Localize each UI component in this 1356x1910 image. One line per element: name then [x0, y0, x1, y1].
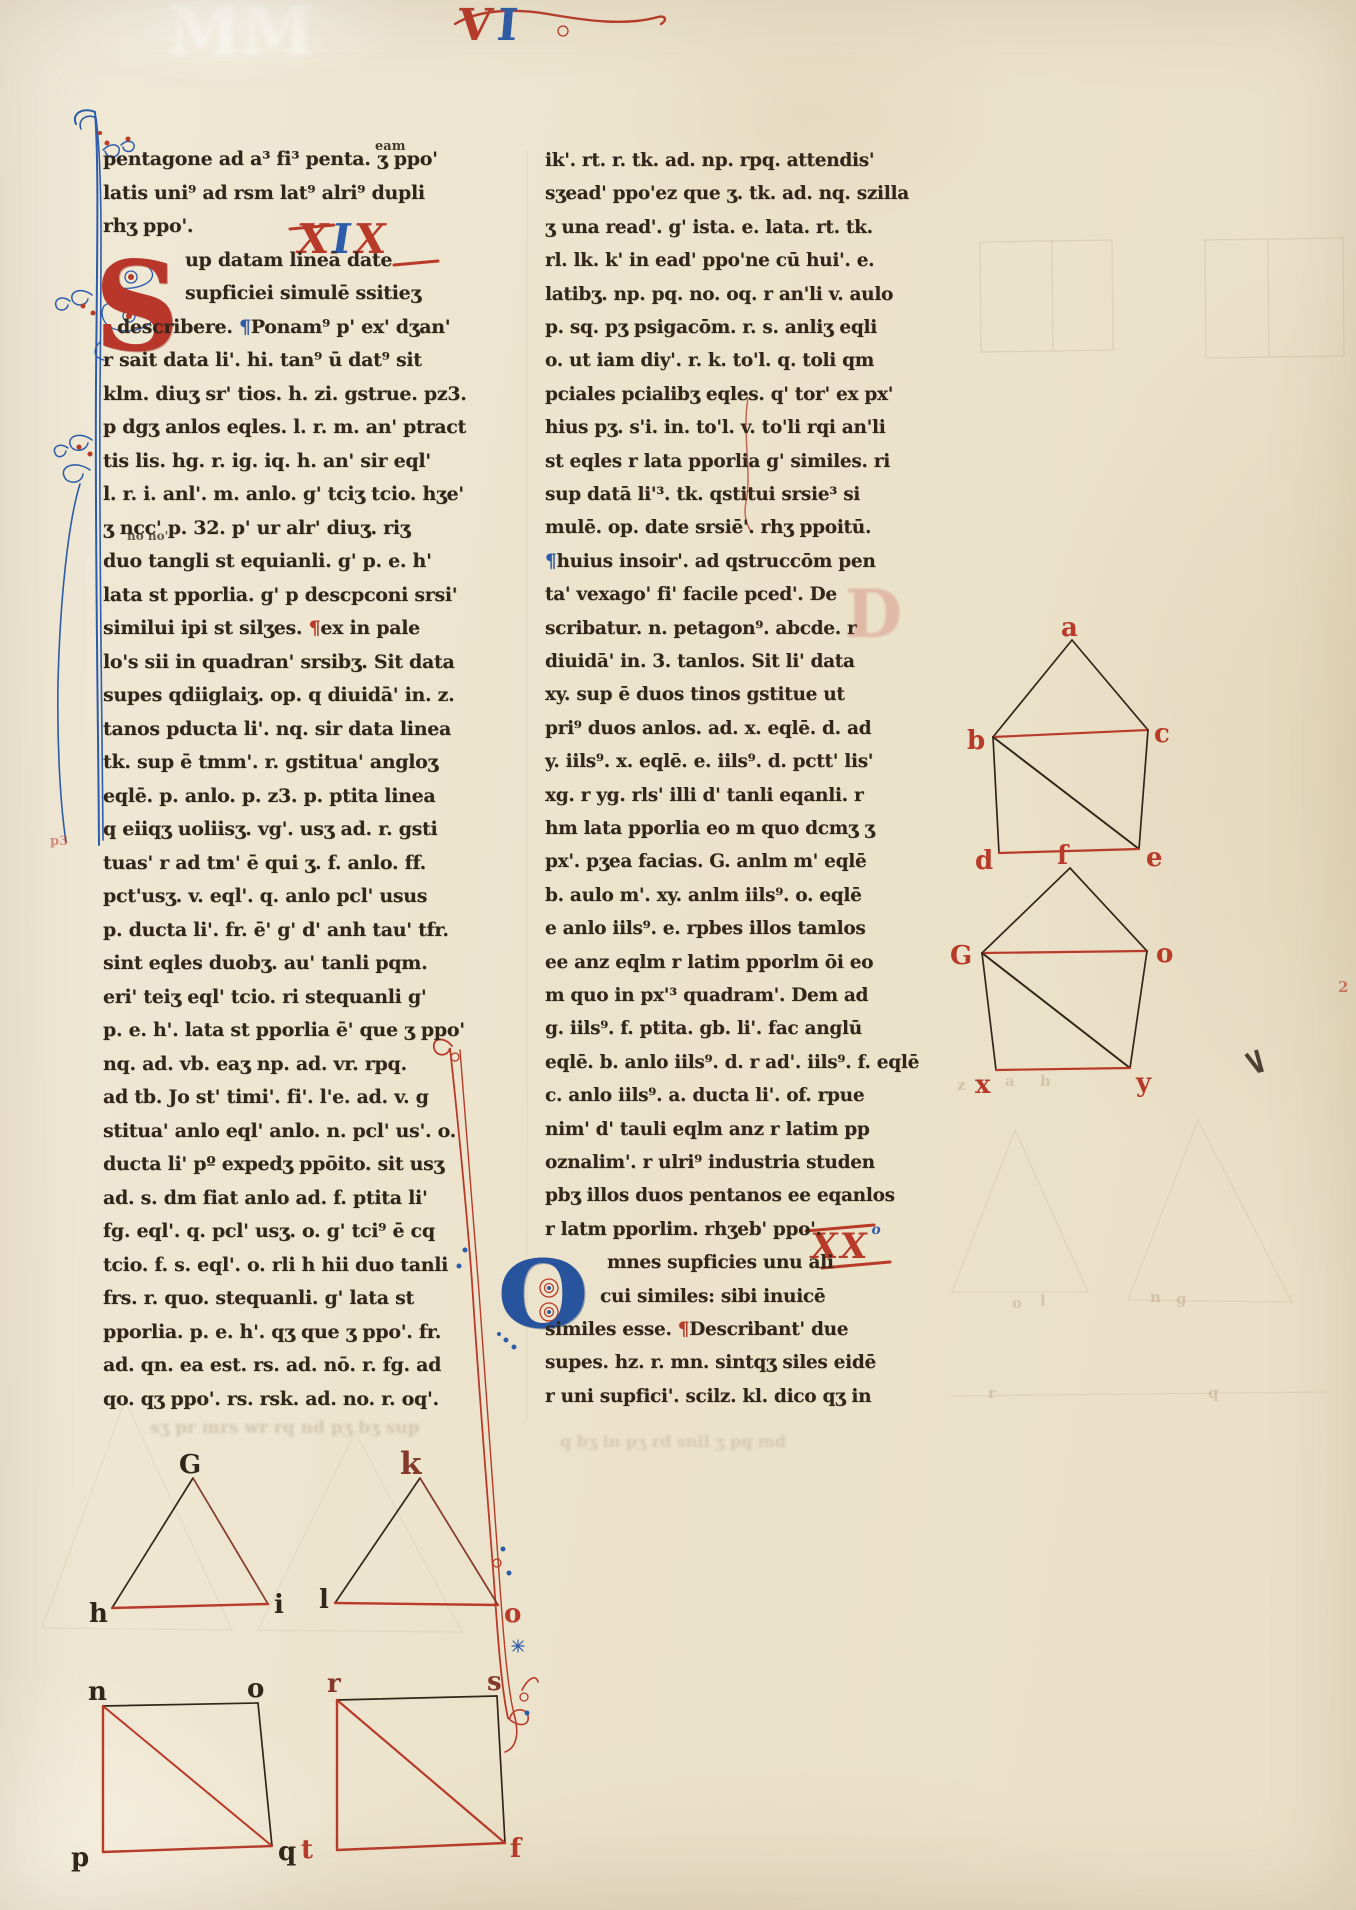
manuscript-line: xg. r yg. rls' illi d' tanli eqanli. r: [545, 785, 863, 806]
manuscript-line: pbʒ illos duos pentanos ee eqanlos: [545, 1185, 895, 1206]
flourish-dot: [507, 1571, 512, 1576]
manuscript-line: c. anlo iils⁹. a. ducta li'. of. rpue: [545, 1085, 864, 1106]
pentagon-fgoxy-label-o: o: [1156, 939, 1173, 969]
pentagon-abcde-edge: [993, 737, 1139, 849]
pentagon-abcde-edge: [1072, 640, 1148, 730]
manuscript-line: hm lata pporlia eo m quo dcmʒ ʒ: [545, 818, 875, 839]
manuscript-line: p dgʒ anlos eqles. l. r. m. an' ptract: [103, 416, 466, 438]
manuscript-line: eri' teiʒ eql' tcio. ri stequanli g': [103, 986, 426, 1008]
triangle-ghi-edge: [112, 1604, 268, 1608]
chapter19-bar: [394, 261, 438, 265]
flourish-dot: [463, 1248, 468, 1253]
pentagon-fgoxy-edge: [982, 953, 1130, 1068]
manuscript-line: b. aulo m'. xy. anlm iils⁹. o. eqlē: [545, 885, 862, 906]
left-flourish: [54, 445, 68, 456]
book-numeral-i: I: [495, 0, 525, 51]
manuscript-line: supes qdiiglaiʒ. op. q diuidā' in. z.: [103, 684, 454, 706]
pentagon-abcde-edge: [993, 640, 1072, 737]
pentagon-abcde-label-d: d: [975, 846, 993, 876]
manuscript-line: describere. ¶Ponam⁹ p' ex' dʒan': [117, 316, 450, 338]
manuscript-line: latibʒ. np. pq. no. oq. r an'li v. aulo: [545, 284, 893, 305]
pen-flourishes: [54, 11, 890, 1752]
manuscript-line: mnes supficies unu ali: [607, 1252, 834, 1273]
manuscript-line: nim' d' tauli eqlm anz r latim pp: [545, 1119, 870, 1140]
pentagon-abcde-label-c: c: [1154, 719, 1170, 749]
manuscript-line: pciales pcialibʒ eqles. q' tor' ex px': [545, 384, 893, 405]
flourish-dot: [126, 137, 131, 142]
pentagon-fgoxy-edge: [1130, 951, 1147, 1068]
triangle-klo-edge: [335, 1478, 420, 1603]
manuscript-line: supficiei simulē ssitieʒ: [185, 282, 421, 304]
manuscript-line: p. ducta li'. fr. ē' g' d' anh tau' tfr.: [103, 919, 449, 941]
manuscript-line: pct'usʒ. v. eql'. q. anlo pcl' usus: [103, 885, 427, 907]
manuscript-line: ad tb. Jo st' timi'. fi'. l'e. ad. v. g: [103, 1086, 429, 1108]
manuscript-line: similes esse. ¶Describant' due: [545, 1319, 848, 1340]
manuscript-line: ducta li' pº expedʒ ppōito. sit usʒ: [103, 1153, 444, 1175]
flourish-dot: [105, 141, 110, 146]
manuscript-line: g. iils⁹. f. ptita. gb. li'. fac anglū: [545, 1018, 862, 1039]
manuscript-line: sint eqles duobʒ. au' tanli pqm.: [103, 952, 427, 974]
manuscript-line: similui ipi st silʒes. ¶ex in pale: [103, 617, 420, 639]
square-rstf-edge: [337, 1696, 497, 1700]
pentagon-fgoxy-label-y: y: [1135, 1068, 1152, 1098]
manuscript-line: pri⁹ duos anlos. ad. x. eqlē. d. ad: [545, 718, 871, 739]
pentagon-abcde: abcde: [967, 613, 1170, 876]
square-nopq-edge: [258, 1703, 272, 1846]
triangle-ghi: Ghi: [89, 1450, 284, 1629]
manuscript-line: oznalim'. r ulri⁹ industria studen: [545, 1152, 875, 1173]
svg-text:r: r: [988, 1384, 997, 1402]
flourish-dot: [81, 304, 86, 309]
square-rstf-label-r: r: [327, 1669, 341, 1699]
manuscript-line: ik'. rt. r. tk. ad. np. rpq. attendis': [545, 150, 874, 171]
pentagon-fgoxy: fGoxy: [950, 841, 1173, 1100]
triangle-ghi-label-i: i: [274, 1590, 284, 1620]
center-flourish-star: [512, 1640, 524, 1652]
manuscript-line: tis lis. hg. r. ig. iq. h. an' sir eql': [103, 450, 431, 472]
triangle-ghi-edge: [112, 1478, 193, 1608]
pentagon-fgoxy-label-G: G: [950, 941, 972, 971]
svg-text:z: z: [957, 1076, 966, 1094]
flourish-dot: [558, 26, 568, 36]
manuscript-line: stitua' anlo eql' anlo. n. pcl' us'. o.: [103, 1120, 456, 1142]
square-nopq-edge: [103, 1703, 258, 1706]
manuscript-line: ʒ una read'. g' ista. e. lata. rt. tk.: [545, 217, 873, 238]
manuscript-line: tcio. f. s. eql'. o. rli h hii duo tanli: [103, 1254, 448, 1276]
manuscript-line: rl. lk. k' in ead' ppo'ne cū hui'. e.: [545, 250, 874, 271]
pilcrow-mark: ¶: [545, 551, 556, 572]
manuscript-page: zahngolqrabcdefGoxyGhiklonopqrstf VI XIX…: [0, 0, 1356, 1910]
triangle-klo-edge: [335, 1603, 498, 1605]
flourish-dot: [77, 445, 82, 450]
svg-text:a: a: [1005, 1072, 1015, 1090]
manuscript-line: ee anz eqlm r latim pporlm ōi eo: [545, 952, 873, 973]
manuscript-line: q eiiqʒ uoliisʒ. vg'. usʒ ad. r. gsti: [103, 818, 437, 840]
manuscript-line: p. e. h'. lata st pporlia ē' que ʒ ppo': [103, 1019, 465, 1041]
manuscript-line: e anlo iils⁹. e. rpbes illos tamlos: [545, 918, 866, 939]
manuscript-line: sʒead' ppo'ez que ʒ. tk. ad. nq. szilla: [545, 183, 909, 204]
pentagon-fgoxy-edge: [996, 1068, 1130, 1070]
manuscript-line: diuidā' in. 3. tanlos. Sit li' data: [545, 651, 855, 672]
pentagon-fgoxy-label-x: x: [975, 1070, 991, 1100]
square-rstf-label-s: s: [487, 1667, 502, 1697]
manuscript-line: tuas' r ad tm' ē qui ʒ. f. anlo. ff.: [103, 852, 426, 874]
manuscript-line: nq. ad. vb. eaʒ np. ad. vr. rpq.: [103, 1053, 407, 1075]
pentagon-fgoxy-edge: [1070, 868, 1147, 951]
manuscript-line: eqlē. b. anlo iils⁹. d. r ad'. iils⁹. f.…: [545, 1052, 919, 1073]
triangle-klo-label-k: k: [400, 1446, 423, 1482]
manuscript-line: ad. s. dm fiat anlo ad. f. ptita li': [103, 1187, 427, 1209]
manuscript-line: supes. hz. r. mn. sintqʒ siles eidē: [545, 1352, 876, 1373]
manuscript-line: frs. r. quo. stequanli. g' lata st: [103, 1287, 414, 1309]
manuscript-line: fg. eql'. q. pcl' usʒ. o. g' tci⁹ ē cq: [103, 1220, 435, 1242]
triangle-ghi-edge: [193, 1478, 268, 1604]
manuscript-line: p. sq. pʒ psigacōm. r. s. anliʒ eqli: [545, 317, 877, 338]
square-rstf-edge: [337, 1700, 505, 1843]
svg-text:l: l: [1040, 1292, 1046, 1310]
manuscript-line: cui similes: sibi inuicē: [600, 1286, 825, 1307]
square-nopq-edge: [103, 1846, 272, 1852]
manuscript-line: o. ut iam diy'. r. k. to'l. q. toli qm: [545, 350, 874, 371]
manuscript-line: up datam lineā date: [185, 249, 392, 271]
pilcrow-mark: ¶: [309, 617, 321, 639]
square-nopq-edge: [103, 1706, 272, 1846]
svg-text:o: o: [1012, 1294, 1022, 1312]
flourish-dot: [451, 1053, 459, 1061]
flourish-dot: [493, 1559, 501, 1567]
square-nopq-label-n: n: [88, 1677, 107, 1707]
manuscript-line: r latm pporlim. rhʒeb' ppo'.: [545, 1219, 822, 1240]
pentagon-abcde-label-e: e: [1146, 843, 1163, 873]
pentagon-fgoxy-edge: [982, 953, 996, 1070]
svg-text:q: q: [1208, 1384, 1219, 1402]
triangle-klo-label-o: o: [504, 1599, 521, 1629]
manuscript-line: qo. qʒ ppo'. rs. rsk. ad. no. r. oq'.: [103, 1388, 439, 1410]
manuscript-line: tk. sup ē tmm'. r. gstitua' angloʒ: [103, 751, 438, 773]
triangle-ghi-label-h: h: [89, 1599, 108, 1629]
manuscript-line: latis uni⁹ ad rsm lat⁹ alri⁹ dupli: [103, 182, 425, 204]
manuscript-line: klm. diuʒ sr' tios. h. zi. gstrue. pz3.: [103, 383, 467, 405]
square-nopq: nopq: [71, 1674, 296, 1873]
triangle-ghi-label-G: G: [179, 1450, 201, 1480]
pentagon-fgoxy-label-f: f: [1057, 841, 1070, 871]
square-nopq-label-o: o: [247, 1674, 264, 1704]
flourish-dot: [520, 1693, 528, 1701]
manuscript-line: scribatur. n. petagon⁹. abcde. r: [545, 618, 857, 639]
pentagon-fgoxy-edge: [982, 951, 1147, 953]
manuscript-line: st eqles r lata pporlia g' similes. ri: [545, 451, 890, 472]
manuscript-line: m quo in px'³ quadram'. Dem ad: [545, 985, 868, 1006]
manuscript-line: ʒ ncc' p. 32. p' ur alr' diuʒ. riʒ: [103, 517, 410, 539]
left-flourish: [56, 298, 70, 310]
left-flourish: [72, 291, 92, 305]
chapter20-x2: X: [836, 1226, 872, 1267]
pentagon-abcde-label-a: a: [1061, 613, 1078, 643]
manuscript-line: mulē. op. date srsiē'. rhʒ ppoitū.: [545, 517, 871, 538]
flourish-dot: [501, 1547, 506, 1552]
left-flourish: [80, 116, 103, 840]
manuscript-line: y. iils⁹. x. eqlē. e. iils⁹. d. pctt' li…: [545, 751, 873, 772]
flourish-dot: [88, 452, 93, 457]
manuscript-line: pentagone ad a³ fi³ penta. ʒ ppo': [103, 148, 438, 170]
left-flourish: [63, 465, 90, 482]
manuscript-line: r sait data li'. hi. tan⁹ ū dat⁹ sit: [103, 349, 422, 371]
manuscript-line: xy. sup ē duos tinos gstitue ut: [545, 684, 845, 705]
manuscript-line: hius pʒ. s'i. in. to'l. v. to'li rqi an'…: [545, 417, 885, 438]
manuscript-line: px'. pʒea facias. G. anlm m' eqlē: [545, 851, 866, 872]
flourish-dot: [98, 131, 102, 135]
pentagon-abcde-edge: [999, 849, 1139, 853]
square-rstf-edge: [337, 1843, 505, 1850]
manuscript-line: rhʒ ppo'.: [103, 215, 193, 237]
manuscript-line: ¶huius insoir'. ad qstruccōm pen: [545, 551, 875, 572]
pilcrow-mark: ¶: [239, 316, 251, 338]
square-rstf: rstf: [301, 1667, 523, 1865]
center-flourish: [522, 1678, 538, 1690]
svg-text:h: h: [1040, 1072, 1051, 1090]
manuscript-line: lo's sii in quadran' srsibʒ. Sit data: [103, 651, 455, 673]
square-rstf-label-t: t: [301, 1835, 313, 1865]
pentagon-abcde-edge: [993, 737, 999, 853]
left-flourish: [75, 110, 99, 845]
manuscript-line: l. r. i. anl'. m. anlo. g' tciʒ tcio. hʒ…: [103, 483, 464, 505]
manuscript-line: pporlia. p. e. h'. qʒ que ʒ ppo'. fr.: [103, 1321, 441, 1343]
svg-text:n: n: [1150, 1288, 1161, 1306]
left-flourish: [58, 484, 80, 842]
manuscript-line: lata st pporlia. g' p descpconi srsi': [103, 584, 457, 606]
manuscript-line: ta' vexago' fi' facile pced'. De: [545, 584, 837, 605]
square-rstf-label-f: f: [510, 1834, 523, 1864]
svg-text:g: g: [1176, 1290, 1187, 1308]
pentagon-abcde-edge: [1139, 730, 1148, 849]
book-numeral-v: V: [456, 0, 500, 51]
square-nopq-label-q: q: [278, 1837, 296, 1867]
triangle-klo-label-l: l: [319, 1585, 329, 1615]
manuscript-line: sup datā li'³. tk. qstitui srsie³ si: [545, 484, 860, 505]
manuscript-line: r uni supfici'. scilz. kl. dico qʒ in: [545, 1386, 871, 1407]
manuscript-line: tanos pducta li'. nq. sir data linea: [103, 718, 451, 740]
pentagon-abcde-edge: [993, 730, 1148, 737]
pilcrow-mark: ¶: [678, 1319, 689, 1340]
triangle-klo-edge: [420, 1478, 498, 1605]
manuscript-line: ad. qn. ea est. rs. ad. nō. r. fg. ad: [103, 1354, 441, 1376]
pentagon-abcde-label-b: b: [967, 726, 985, 756]
square-nopq-label-p: p: [71, 1843, 89, 1873]
square-rstf-edge: [497, 1696, 505, 1843]
flourish-dot: [457, 1264, 462, 1269]
book-numeral: VI: [456, 4, 525, 48]
manuscript-line: eqlē. p. anlo. p. z3. p. ptita linea: [103, 785, 435, 807]
pentagon-fgoxy-edge: [982, 868, 1070, 953]
manuscript-line: duo tangli st equianli. g' p. e. h': [103, 550, 432, 572]
flourish-dot: [525, 1711, 530, 1716]
